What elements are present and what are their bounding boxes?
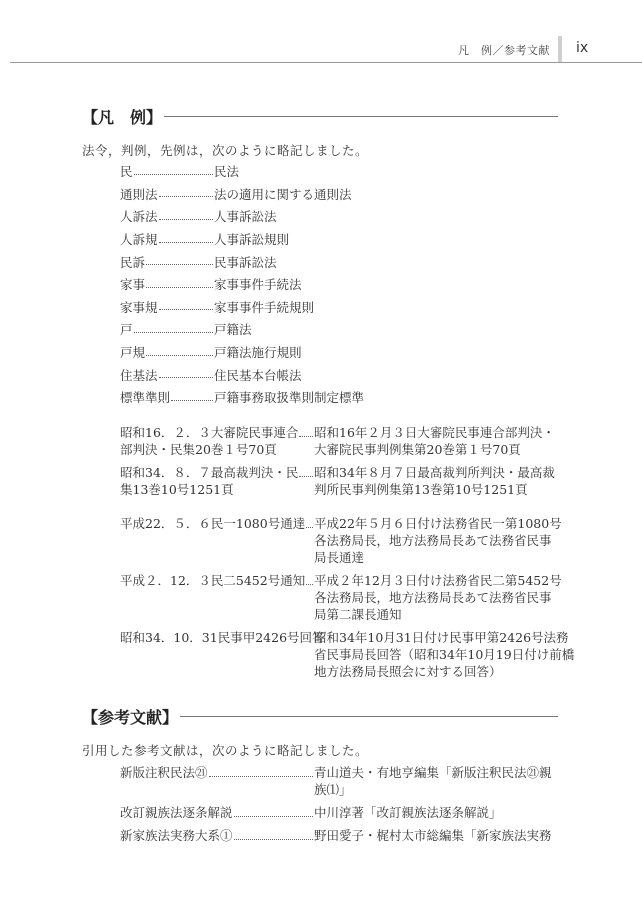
leader-dots <box>146 355 213 356</box>
entry-key: 平成２．12．３民二5452号通知 <box>120 572 314 623</box>
abbreviation-key: 家事規 <box>120 298 158 316</box>
entry-value-line: 平成２年12月３日付け法務省民二第5452号 <box>314 572 562 589</box>
entry-key-line: 新版注釈民法㉑ <box>120 764 208 781</box>
leader-dots <box>171 400 213 401</box>
entry-key: 新版注釈民法㉑ <box>120 764 314 798</box>
abbreviation-value: 戸籍事務取扱準則制定標準 <box>214 388 364 406</box>
entry-key-line: 集13巻10号1251頁 <box>120 481 234 498</box>
entry-value-line: 昭和34年10月31日付け民事甲第2426号法務 <box>314 629 574 646</box>
abbreviation-key: 通則法 <box>120 185 158 203</box>
abbreviation-value: 家事事件手続規則 <box>214 298 314 316</box>
abbreviation-key: 標準準則 <box>120 388 170 406</box>
entry-value: 平成２年12月３日付け法務省民二第5452号各法務局長，地方法務局長あて法務省民… <box>314 572 562 623</box>
entry-value-line: 地方法務局長照会に対する回答） <box>314 663 574 680</box>
abbreviation-key: 民訴 <box>120 253 145 271</box>
entry-value-line: 省民事局長回答（昭和34年10月19日付け前橋 <box>314 646 574 663</box>
leader-dots <box>299 476 313 477</box>
entry-key-line: 新家族法実務大系① <box>120 827 233 844</box>
abbreviation-value: 人事訴訟法 <box>214 207 277 225</box>
entry-value: 昭和34年８月７日最高裁判所判決・最高裁判所民事判例集第13巻第10号1251頁 <box>314 464 560 498</box>
hanrei-intro: 法令，判例，先例は，次のように略記しました。 <box>82 141 368 159</box>
abbreviation-list: 民民法通則法法の適用に関する通則法人訴法人事訴訟法人訴規人事訴訟規則民訴民事訴訟… <box>120 160 560 409</box>
entry-value-line: 判所民事判例集第13巻第10号1251頁 <box>314 481 560 498</box>
abbreviation-key: 住基法 <box>120 366 158 384</box>
entry-value-line: 平成22年５月６日付け法務省民一第1080号 <box>314 515 562 532</box>
abbreviation-key: 戸 <box>120 320 133 338</box>
entry-value-line: 昭和16年２月３日大審院民事連合部判決・ <box>314 424 560 441</box>
entry-row: 新家族法実務大系①野田愛子・梶村太市総編集「新家族法実務 <box>120 827 560 844</box>
abbreviation-key: 民 <box>120 162 133 180</box>
entry-row: 昭和34．10．31民事甲2426号回答昭和34年10月31日付け民事甲第242… <box>120 629 560 680</box>
entry-key: 平成22．５．６民一1080号通達 <box>120 515 314 566</box>
abbreviation-key: 人訴規 <box>120 230 158 248</box>
abbreviation-key: 人訴法 <box>120 207 158 225</box>
precedent-list: 平成22．５．６民一1080号通達平成22年５月６日付け法務省民一第1080号各… <box>120 515 560 686</box>
entry-value-line: 青山道夫・有地亨編集「新版注釈民法㉑親 <box>314 764 560 781</box>
section-title: 【参考文献】 <box>82 705 178 728</box>
abbreviation-value: 民法 <box>214 162 239 180</box>
leader-dots <box>159 309 213 310</box>
entry-value-line: 各法務局長，地方法務局長あて法務省民事 <box>314 589 562 606</box>
entry-value-line: 局第二課長通知 <box>314 606 562 623</box>
entry-key-line: 昭和16．２．３大審院民事連合 <box>120 424 298 441</box>
entry-value: 野田愛子・梶村太市総編集「新家族法実務 <box>314 827 560 844</box>
leader-dots <box>159 377 213 378</box>
page-number: ix <box>576 40 588 56</box>
abbreviation-row: 民訴民事訴訟法 <box>120 250 560 273</box>
entry-value: 昭和34年10月31日付け民事甲第2426号法務省民事局長回答（昭和34年10月… <box>314 629 574 680</box>
abbreviation-row: 家事規家事事件手続規則 <box>120 296 560 319</box>
leader-dots <box>306 527 313 528</box>
leader-dots <box>134 174 213 175</box>
header-divider-bar <box>558 36 562 62</box>
entry-value-line: 大審院民事判例集第20巻第１号70頁 <box>314 441 560 458</box>
leader-dots <box>159 219 213 220</box>
entry-value: 中川淳著「改訂親族法逐条解説」 <box>314 804 560 821</box>
abbreviation-value: 法の適用に関する通則法 <box>214 185 352 203</box>
abbreviation-row: 通則法法の適用に関する通則法 <box>120 183 560 206</box>
abbreviation-row: 標準準則戸籍事務取扱準則制定標準 <box>120 386 560 409</box>
entry-row: 新版注釈民法㉑青山道夫・有地亨編集「新版注釈民法㉑親族⑴」 <box>120 764 560 798</box>
abbreviation-value: 戸籍法施行規則 <box>214 343 302 361</box>
case-list: 昭和16．２．３大審院民事連合部判決・民集20巻１号70頁昭和16年２月３日大審… <box>120 424 560 504</box>
leader-dots <box>159 242 213 243</box>
section-heading-references: 【参考文献】 <box>82 705 558 727</box>
entry-key: 昭和34．10．31民事甲2426号回答 <box>120 629 314 680</box>
abbreviation-row: 民民法 <box>120 160 560 183</box>
abbreviation-row: 家事家事事件手続法 <box>120 273 560 296</box>
entry-key-line: 部判決・民集20巻１号70頁 <box>120 441 277 458</box>
abbreviation-row: 戸規戸籍法施行規則 <box>120 341 560 364</box>
section-heading-hanrei: 【凡 例】 <box>82 105 558 127</box>
abbreviation-value: 民事訴訟法 <box>214 253 277 271</box>
entry-key: 昭和34．８．７最高裁判決・民集13巻10号1251頁 <box>120 464 314 498</box>
entry-value: 平成22年５月６日付け法務省民一第1080号各法務局長，地方法務局長あて法務省民… <box>314 515 562 566</box>
leader-dots <box>234 816 313 817</box>
entry-value-line: 野田愛子・梶村太市総編集「新家族法実務 <box>314 827 560 844</box>
running-header-title: 凡 例／参考文献 <box>458 42 550 58</box>
entry-key: 昭和16．２．３大審院民事連合部判決・民集20巻１号70頁 <box>120 424 314 458</box>
entry-value-line: 中川淳著「改訂親族法逐条解説」 <box>314 804 560 821</box>
entry-value-line: 各法務局長，地方法務局長あて法務省民事 <box>314 532 562 549</box>
abbreviation-key: 戸規 <box>120 343 145 361</box>
leader-dots <box>306 584 313 585</box>
entry-value-line: 族⑴」 <box>314 781 560 798</box>
abbreviation-value: 住民基本台帳法 <box>214 366 302 384</box>
abbreviation-row: 人訴法人事訴訟法 <box>120 205 560 228</box>
abbreviation-row: 住基法住民基本台帳法 <box>120 363 560 386</box>
entry-key: 改訂親族法逐条解説 <box>120 804 314 821</box>
abbreviation-value: 戸籍法 <box>214 320 252 338</box>
entry-key-line: 昭和34．10．31民事甲2426号回答 <box>120 629 325 646</box>
entry-row: 昭和16．２．３大審院民事連合部判決・民集20巻１号70頁昭和16年２月３日大審… <box>120 424 560 458</box>
leader-dots <box>209 776 313 777</box>
abbreviation-key: 家事 <box>120 275 145 293</box>
entry-row: 平成22．５．６民一1080号通達平成22年５月６日付け法務省民一第1080号各… <box>120 515 560 566</box>
leader-dots <box>146 287 213 288</box>
leader-dots <box>299 436 313 437</box>
leader-dots <box>234 839 313 840</box>
heading-rule <box>164 116 558 117</box>
heading-rule <box>180 716 558 717</box>
entry-value: 青山道夫・有地亨編集「新版注釈民法㉑親族⑴」 <box>314 764 560 798</box>
leader-dots <box>134 332 213 333</box>
entry-key-line: 平成２．12．３民二5452号通知 <box>120 572 305 589</box>
entry-row: 改訂親族法逐条解説中川淳著「改訂親族法逐条解説」 <box>120 804 560 821</box>
entry-value: 昭和16年２月３日大審院民事連合部判決・大審院民事判例集第20巻第１号70頁 <box>314 424 560 458</box>
abbreviation-row: 人訴規人事訴訟規則 <box>120 228 560 251</box>
entry-value-line: 局長通達 <box>314 549 562 566</box>
abbreviation-value: 家事事件手続法 <box>214 275 302 293</box>
entry-key-line: 平成22．５．６民一1080号通達 <box>120 515 305 532</box>
entry-row: 平成２．12．３民二5452号通知平成２年12月３日付け法務省民二第5452号各… <box>120 572 560 623</box>
running-header: 凡 例／参考文献 ix <box>10 36 642 63</box>
entry-key-line: 昭和34．８．７最高裁判決・民 <box>120 464 298 481</box>
section-title: 【凡 例】 <box>82 105 162 128</box>
abbreviation-value: 人事訴訟規則 <box>214 230 289 248</box>
leader-dots <box>159 196 213 197</box>
reference-list: 新版注釈民法㉑青山道夫・有地亨編集「新版注釈民法㉑親族⑴」改訂親族法逐条解説中川… <box>120 764 560 850</box>
entry-key-line: 改訂親族法逐条解説 <box>120 804 233 821</box>
abbreviation-row: 戸戸籍法 <box>120 318 560 341</box>
references-intro: 引用した参考文献は，次のように略記しました。 <box>82 741 368 759</box>
leader-dots <box>146 264 213 265</box>
entry-row: 昭和34．８．７最高裁判決・民集13巻10号1251頁昭和34年８月７日最高裁判… <box>120 464 560 498</box>
entry-key: 新家族法実務大系① <box>120 827 314 844</box>
entry-value-line: 昭和34年８月７日最高裁判所判決・最高裁 <box>314 464 560 481</box>
